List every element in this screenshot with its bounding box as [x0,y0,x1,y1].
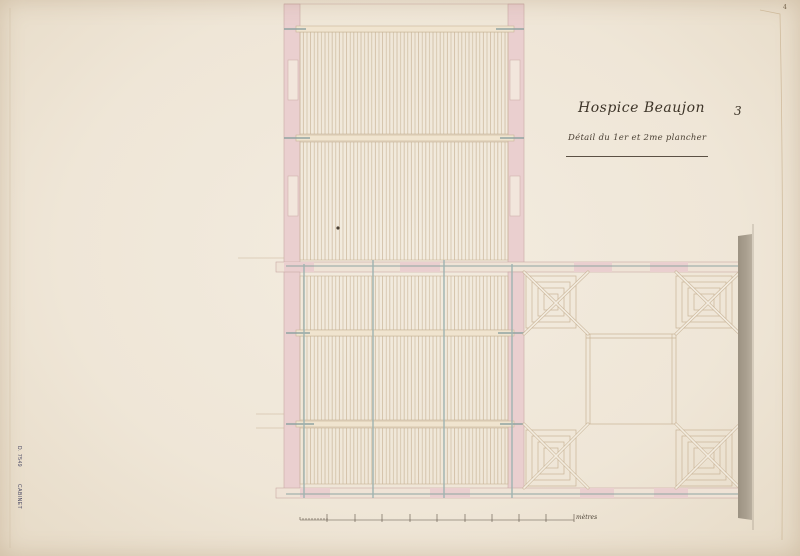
drawing-title: Hospice Beaujon [578,100,705,116]
drawing-subtitle: Détail du 1er et 2me plancher [568,133,706,143]
sheet-number: 3 [734,104,742,118]
upper-joist-bays [284,26,524,260]
right-wing-framing [524,272,740,488]
lower-joist-bays [286,260,524,498]
drawing-sheet: Hospice Beaujon 3 Détail du 1er et 2me p… [0,0,800,556]
exterior-wall-wash [738,224,753,530]
title-underline [566,156,708,157]
corner-folio-mark: 4 [783,4,787,11]
scale-bar [300,514,574,522]
archive-stamp-number: D. 7549 [16,446,22,467]
floor-plan-drawing [0,0,800,556]
archive-stamp-cabinet: CABINET [16,484,22,509]
scale-unit-label: mètres [576,514,597,521]
